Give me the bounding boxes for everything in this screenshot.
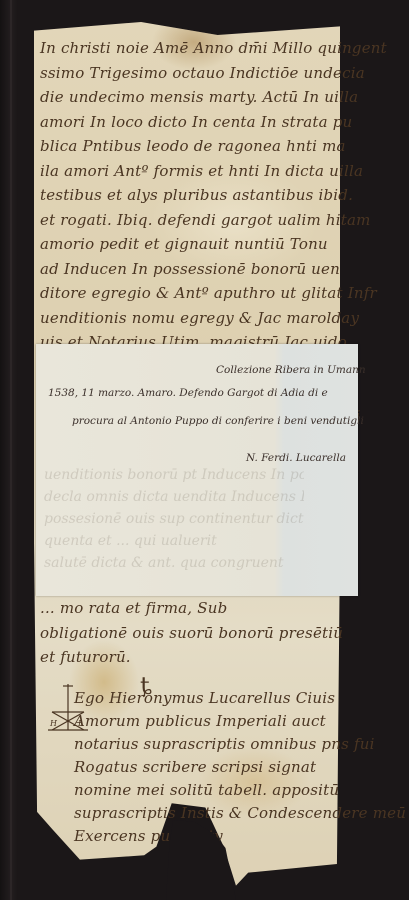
text-line: ditore egregio & Antº aputhro ut glitat … xyxy=(40,281,340,306)
text-line: ad Inducen In possessionē bonorū uen xyxy=(40,257,340,282)
text-line: notarius suprascriptis omnibus pns fui xyxy=(74,732,354,755)
text-line: suprascriptis Instis & Condescendere meū xyxy=(74,801,354,824)
text-line: et rogati. Ibiq. defendi gargot ualim hi… xyxy=(40,208,340,233)
text-line: ssimo Trigesimo octauo Indictiōe undecia xyxy=(40,61,340,86)
archival-slip: uenditionis bonorū pt Inducens In posses… xyxy=(36,344,358,596)
text-line: obligationē ouis suorū bonorū presētiū xyxy=(40,621,340,646)
text-line: Amorum publicus Imperiali auct xyxy=(74,709,354,732)
text-line: amori In loco dicto In centa In strata p… xyxy=(40,110,340,135)
binding-spine xyxy=(0,0,18,900)
text-line: blica Pntibus leodo de ragonea hnti ma xyxy=(40,134,340,159)
text-line: Ego Hieronymus Lucarellus Ciuis xyxy=(74,686,354,709)
slip-collection-line: Collezione Ribera in Umann xyxy=(216,364,366,376)
text-line: die undecimo mensis marty. Actū In uilla xyxy=(40,85,340,110)
text-line: testibus et alys pluribus astantibus ibi… xyxy=(40,183,340,208)
show-through-text: uenditionis bonorū pt Inducens In posses… xyxy=(44,464,304,574)
text-line: ila amori Antº formis et hnti In dicta u… xyxy=(40,159,340,184)
text-line: Rogatus scribere scripsi signat xyxy=(74,755,354,778)
slip-signature: N. Ferdi. Lucarella xyxy=(246,452,346,464)
text-line: In christi noie Amē Anno dm̄i Millo quin… xyxy=(40,36,340,61)
svg-text:H: H xyxy=(49,719,58,728)
text-line: uenditionis nomu egregy & Jac marolday xyxy=(40,306,340,331)
slip-summary-line: procura al Antonio Puppo di conferire i … xyxy=(72,415,364,427)
slip-date-line: 1538, 11 marzo. Amaro. Defendo Gargot di… xyxy=(48,387,328,399)
spine-edge xyxy=(10,0,12,900)
text-line: amorio pedit et gignauit nuntiū Tonu xyxy=(40,232,340,257)
notary-subscription: Ego Hieronymus Lucarellus Ciuis Amorum p… xyxy=(74,686,354,847)
main-text-lower: ... mo rata et firma, Sub obligationē ou… xyxy=(40,596,340,670)
text-line: ... mo rata et firma, Sub xyxy=(40,596,340,621)
text-line: nomine mei solitū tabell. appositū xyxy=(74,778,354,801)
text-line: et futurorū. xyxy=(40,645,340,670)
